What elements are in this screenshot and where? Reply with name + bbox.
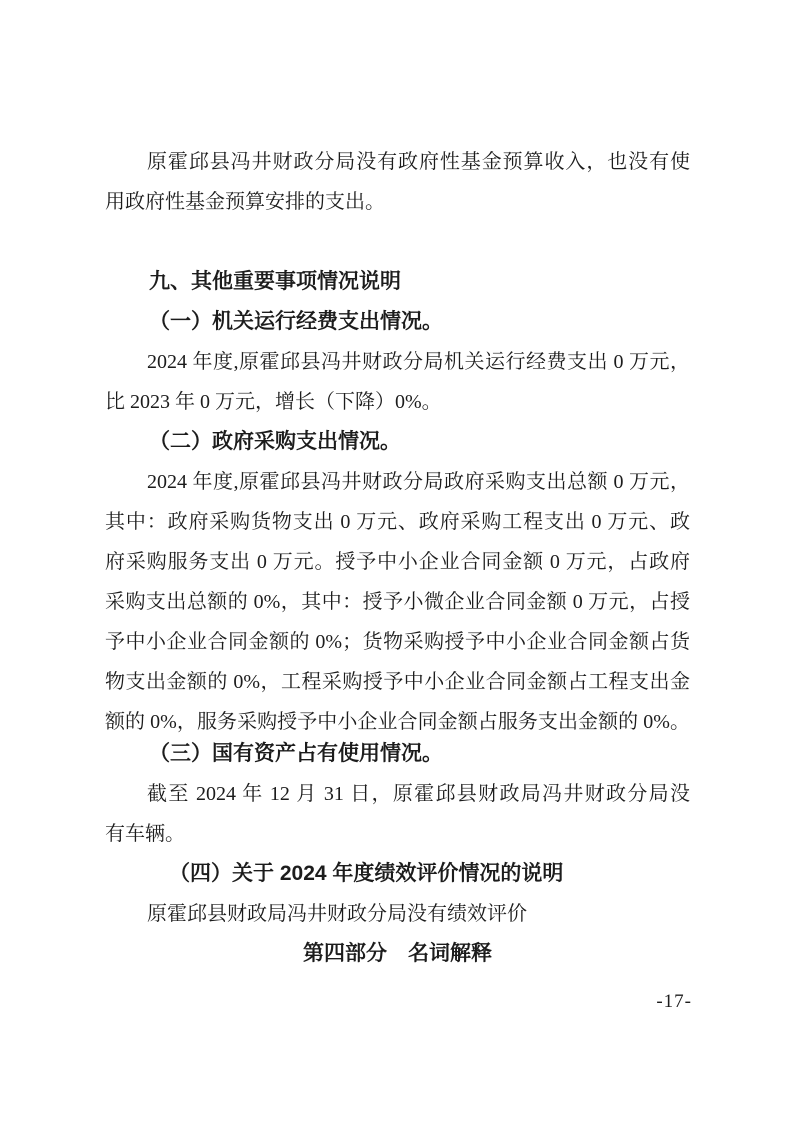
subsection-4-heading: （四）关于 2024 年度绩效评价情况的说明 bbox=[105, 854, 690, 894]
blank-line bbox=[105, 222, 690, 262]
subsection-2-line-3: 府采购服务支出 0 万元。授予中小企业合同金额 0 万元，占政府 bbox=[105, 542, 690, 582]
document-body: 原霍邱县冯井财政分局没有政府性基金预算收入，也没有使 用政府性基金预算安排的支出… bbox=[105, 142, 690, 974]
subsection-1-line-1: 2024 年度,原霍邱县冯井财政分局机关运行经费支出 0 万元， bbox=[105, 342, 690, 382]
intro-line-1: 原霍邱县冯井财政分局没有政府性基金预算收入，也没有使 bbox=[105, 142, 690, 182]
subsection-2-line-5: 予中小企业合同金额的 0%；货物采购授予中小企业合同金额占货 bbox=[105, 622, 690, 662]
subsection-4-line-1: 原霍邱县财政局冯井财政分局没有绩效评价 bbox=[105, 894, 690, 934]
subsection-2-line-6: 物支出金额的 0%，工程采购授予中小企业合同金额占工程支出金 bbox=[105, 662, 690, 702]
subsection-2-line-2: 其中：政府采购货物支出 0 万元、政府采购工程支出 0 万元、政 bbox=[105, 502, 690, 542]
subsection-2-line-1: 2024 年度,原霍邱县冯井财政分局政府采购支出总额 0 万元， bbox=[105, 462, 690, 502]
subsection-2-heading: （二）政府采购支出情况。 bbox=[105, 422, 690, 462]
document-page: 原霍邱县冯井财政分局没有政府性基金预算收入，也没有使 用政府性基金预算安排的支出… bbox=[0, 0, 793, 1122]
section-9-heading: 九、其他重要事项情况说明 bbox=[105, 262, 690, 302]
subsection-2-line-4: 采购支出总额的 0%，其中：授予小微企业合同金额 0 万元，占授 bbox=[105, 582, 690, 622]
part-4-heading: 第四部分 名词解释 bbox=[105, 934, 690, 974]
subsection-1-heading: （一）机关运行经费支出情况。 bbox=[105, 302, 690, 342]
intro-line-2: 用政府性基金预算安排的支出。 bbox=[105, 182, 690, 222]
subsection-1-line-2: 比 2023 年 0 万元，增长（下降）0%。 bbox=[105, 382, 690, 422]
page-number: -17- bbox=[656, 992, 692, 1011]
subsection-3-line-2: 有车辆。 bbox=[105, 814, 690, 854]
subsection-3-line-1: 截至 2024 年 12 月 31 日，原霍邱县财政局冯井财政分局没 bbox=[105, 774, 690, 814]
